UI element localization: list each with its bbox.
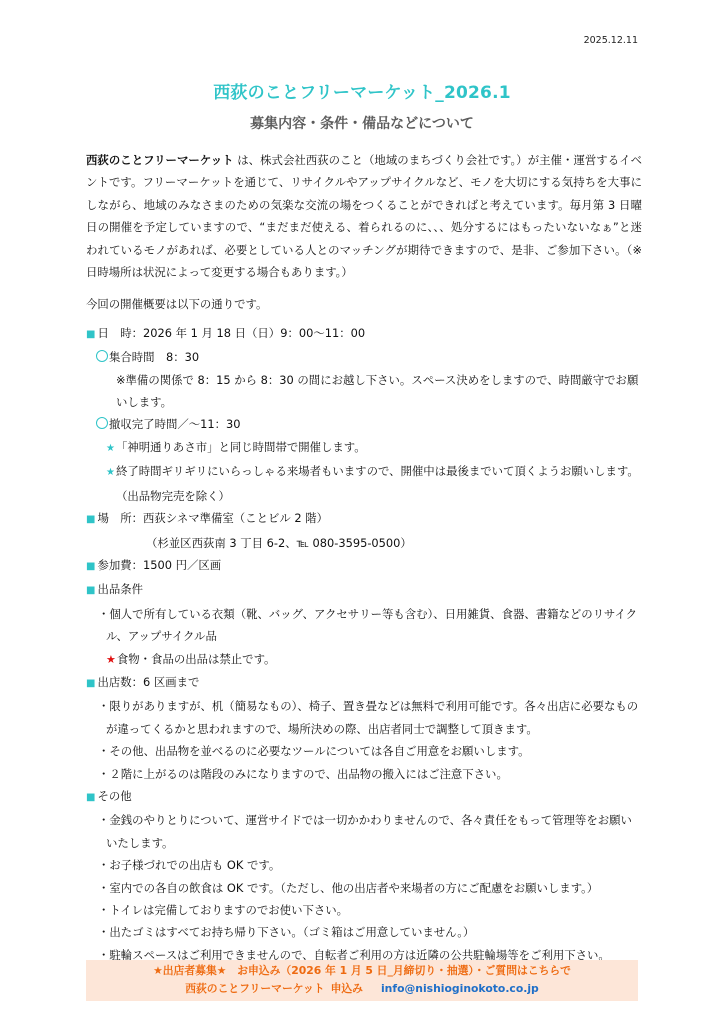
intro-paragraph: 西荻のことフリーマーケット は、株式会社西荻のこと（地域のまちづくり会社です。）… bbox=[86, 149, 642, 283]
fee-row: ■参加費：1500 円／区画 bbox=[86, 554, 642, 578]
booths-item: ・限りがありますが、机（簡易なもの）、椅子、置き畳などは無料で利用可能です。各々… bbox=[86, 695, 642, 740]
place-label: 場 所：西荻シネマ準備室（ことビル 2 階） bbox=[97, 511, 328, 525]
document-title: 西荻のことフリーマーケット_2026.1 bbox=[0, 78, 724, 103]
place-row: ■場 所：西荻シネマ準備室（ことビル 2 階） bbox=[86, 507, 642, 531]
circle-bullet-icon bbox=[96, 350, 108, 362]
place-address: （杉並区西荻南 3 丁目 6-2、℡ 080-3595-0500） bbox=[86, 532, 642, 554]
intro-text: は、株式会社西荻のこと（地域のまちづくり会社です。）が主催・運営するイベントです… bbox=[86, 153, 642, 279]
other-item: ・室内での各自の飲食は OK です。（ただし、他の出店者や来場者の方にご配慮をお… bbox=[86, 877, 642, 899]
booths-heading: 出店数：6 区画まで bbox=[97, 675, 199, 689]
booths-item: ・２階に上がるのは階段のみになりますので、出品物の搬入にはご注意下さい。 bbox=[86, 763, 642, 785]
square-bullet-icon: ■ bbox=[86, 329, 95, 340]
intro-bold-lead: 西荻のことフリーマーケット bbox=[86, 153, 234, 167]
star-icon: ★ bbox=[106, 443, 115, 454]
gather-time: 集合時間 8：30 bbox=[109, 350, 199, 364]
other-item: ・出たゴミはすべてお持ち帰り下さい。（ゴミ箱はご用意していません。） bbox=[86, 921, 642, 943]
fee-label: 参加費：1500 円／区画 bbox=[97, 558, 221, 572]
other-item: ・トイレは完備しておりますのでお使い下さい。 bbox=[86, 899, 642, 921]
star-icon: ★ bbox=[106, 467, 115, 478]
cleanup-time: 撤収完了時間／～11：30 bbox=[109, 417, 241, 431]
prohibited-text: 食物・食品の出品は禁止です。 bbox=[117, 652, 276, 666]
schedule-row: ■日 時：2026 年 1 月 18 日（日）9：00～11：00 bbox=[86, 322, 642, 346]
schedule-note-2-text: 終了時間ギリギリにいらっしゃる来場者もいますので、開催中は最後までいて頂くようお… bbox=[116, 464, 639, 478]
square-bullet-icon: ■ bbox=[86, 514, 95, 525]
square-bullet-icon: ■ bbox=[86, 678, 95, 689]
document-subtitle: 募集内容・条件・備品などについて bbox=[0, 113, 724, 133]
overview-lead: 今回の開催概要は以下の通りです。 bbox=[86, 293, 642, 315]
contact-email-link[interactable]: info@nishioginokoto.co.jp bbox=[381, 982, 539, 995]
red-star-icon: ★ bbox=[106, 653, 116, 666]
booths-item: ・その他、出品物を並べるのに必要なツールについては各自ご用意をお願いします。 bbox=[86, 740, 642, 762]
document-date: 2025.12.11 bbox=[584, 35, 638, 46]
other-item: ・お子様づれでの出店も OK です。 bbox=[86, 854, 642, 876]
square-bullet-icon: ■ bbox=[86, 585, 95, 596]
banner-apply-label: 申込み bbox=[331, 982, 363, 995]
square-bullet-icon: ■ bbox=[86, 792, 95, 803]
document-body: 西荻のことフリーマーケット は、株式会社西荻のこと（地域のまちづくり会社です。）… bbox=[86, 149, 642, 991]
schedule-note-2: ★終了時間ギリギリにいらっしゃる来場者もいますので、開催中は最後までいて頂くよう… bbox=[86, 460, 642, 484]
gather-time-row: 集合時間 8：30 bbox=[86, 346, 642, 368]
banner-line-1: ★出店者募集★ お申込み（2026 年 1 月 5 日_月締切り・抽選）・ご質問… bbox=[86, 962, 638, 980]
other-heading-row: ■その他 bbox=[86, 785, 642, 809]
banner-line-2: 西荻のことフリーマーケット申込みinfo@nishioginokoto.co.j… bbox=[86, 980, 638, 998]
schedule-label: 日 時：2026 年 1 月 18 日（日）9：00～11：00 bbox=[97, 326, 365, 340]
gather-note: ※準備の関係で 8：15 から 8：30 の間にお越し下さい。スペース決めをしま… bbox=[86, 369, 642, 414]
banner-event-name: 西荻のことフリーマーケット bbox=[185, 982, 324, 995]
conditions-heading: 出品条件 bbox=[97, 582, 143, 596]
square-bullet-icon: ■ bbox=[86, 561, 95, 572]
application-banner: ★出店者募集★ お申込み（2026 年 1 月 5 日_月締切り・抽選）・ご質問… bbox=[86, 960, 638, 1001]
conditions-heading-row: ■出品条件 bbox=[86, 578, 642, 602]
circle-bullet-icon bbox=[96, 417, 108, 429]
other-heading: その他 bbox=[97, 789, 131, 803]
cleanup-time-row: 撤収完了時間／～11：30 bbox=[86, 413, 642, 435]
schedule-note-2-cont: （出品物完売を除く） bbox=[86, 485, 642, 507]
booths-heading-row: ■出店数：6 区画まで bbox=[86, 671, 642, 695]
conditions-item: ・個人で所有している衣類（靴、バッグ、アクセサリー等も含む）、日用雑貨、食器、書… bbox=[86, 603, 642, 648]
schedule-note-1: ★「神明通りあさ市」と同じ時間帯で開催します。 bbox=[86, 436, 642, 460]
other-item: ・金銭のやりとりについて、運営サイドでは一切かかわりませんので、各々責任をもって… bbox=[86, 809, 642, 854]
prohibited-row: ★食物・食品の出品は禁止です。 bbox=[86, 648, 642, 671]
schedule-note-1-text: 「神明通りあさ市」と同じ時間帯で開催します。 bbox=[116, 440, 366, 454]
